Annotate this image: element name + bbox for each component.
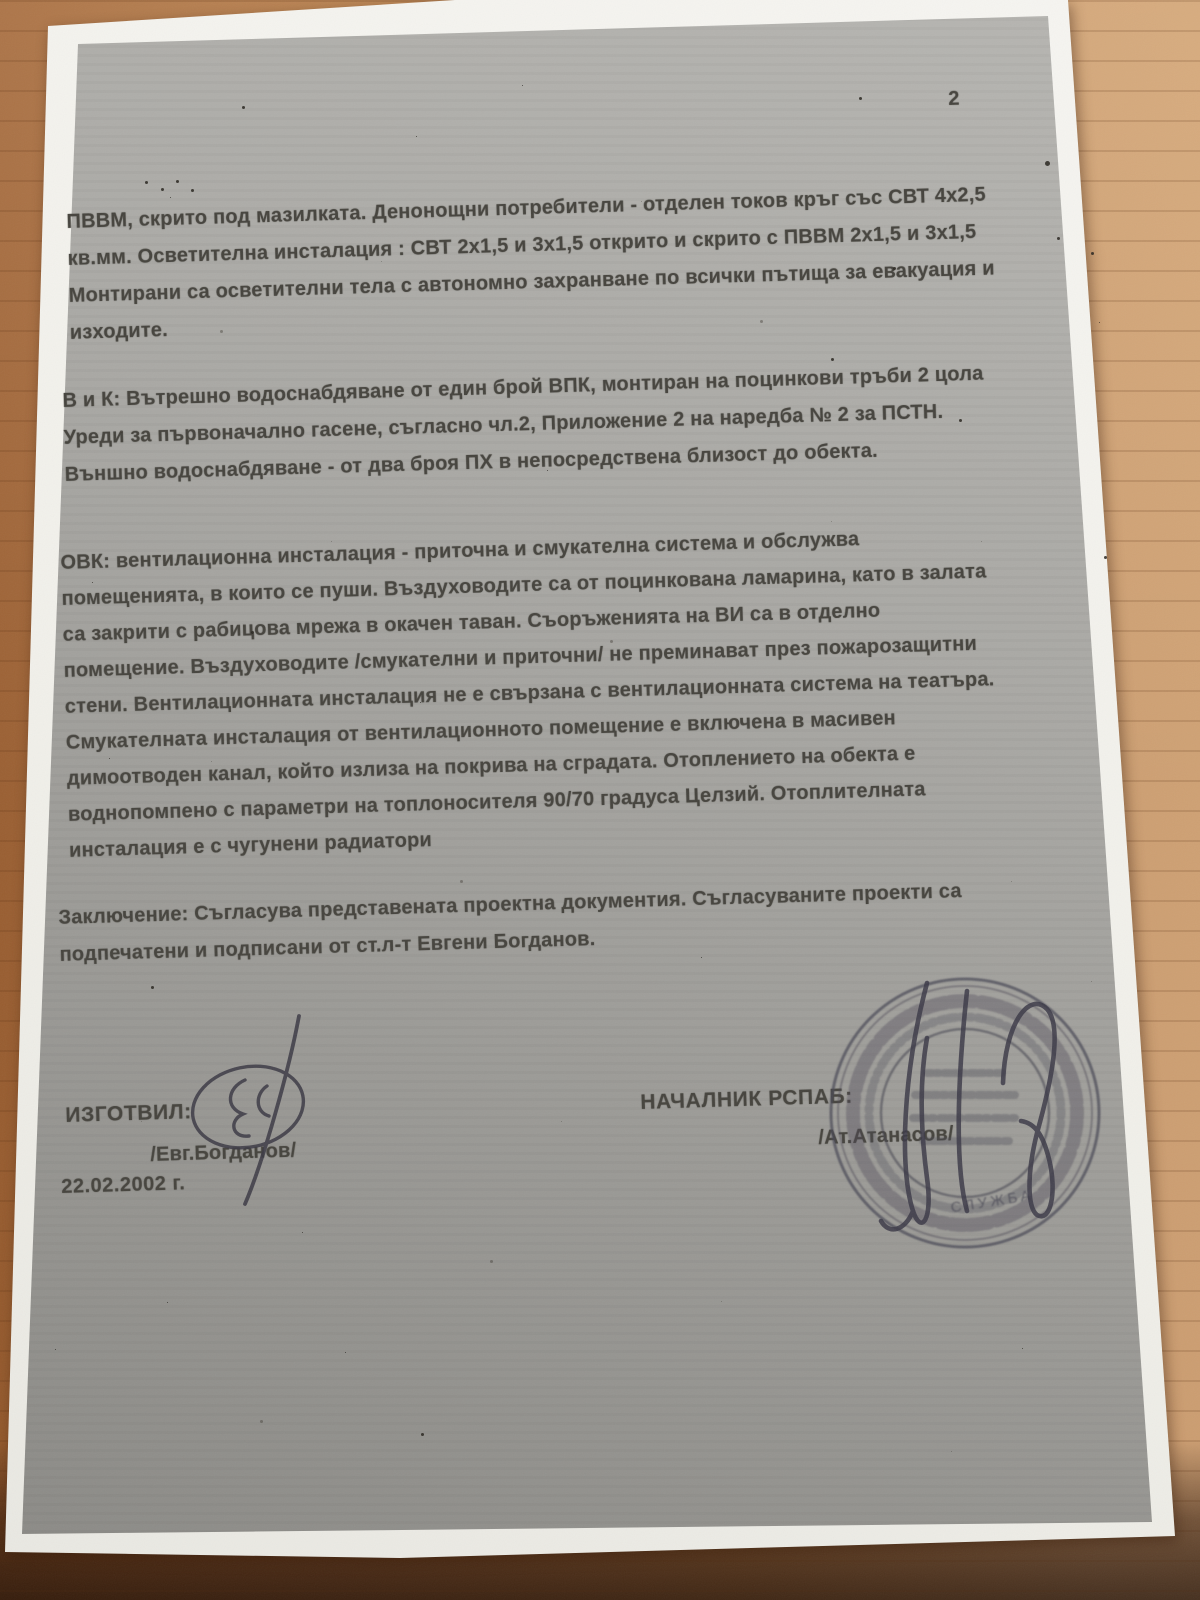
paragraph-hvac: ОВК: вентилационна инсталация - приточна… [60,517,999,868]
document-date: 22.02.2002 г. [61,1172,186,1199]
official-stamp: СЛУЖБА [815,963,1115,1263]
prepared-by-label: ИЗГОТВИЛ: [65,1100,192,1128]
document-page: 2 ПВВМ, скрито под мазилката. Денонощни … [0,0,1200,1600]
toner-speckles-faint [0,0,3,3]
paragraph-electrical: ПВВМ, скрито под мазилката. Денонощни по… [66,177,996,352]
signature-bogdanov [183,1012,333,1207]
page-number: 2 [948,88,960,111]
